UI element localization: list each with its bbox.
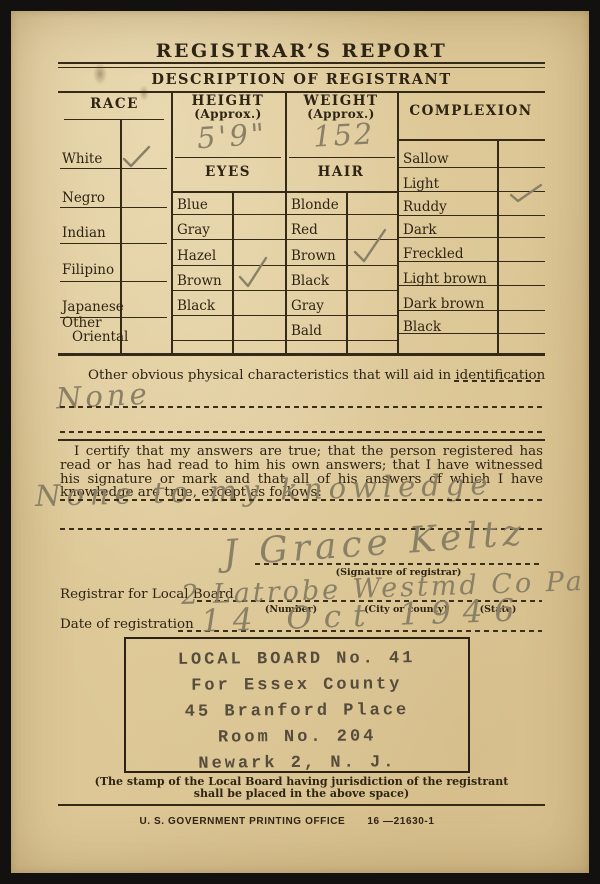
race-option-other-oriental: Other Oriental <box>62 317 134 344</box>
hair-brown-checkmark-icon <box>351 226 389 264</box>
footer: U. S. GOVERNMENT PRINTING OFFICE 16 —216… <box>31 811 543 829</box>
race-row-line <box>60 317 167 318</box>
eyes-header: EYES <box>171 164 285 180</box>
height-writing-line <box>175 157 281 158</box>
race-header-underline <box>64 119 164 120</box>
write-in-line <box>60 431 542 433</box>
eyes-brown-checkmark-icon <box>237 255 269 289</box>
height-header: HEIGHT (Approx.) <box>171 95 285 121</box>
race-white-checkmark-icon <box>121 144 153 170</box>
footer-form-number: 16 —21630-1 <box>367 816 434 827</box>
complexion-option-dark: Dark <box>403 222 437 238</box>
complexion-check-divider <box>497 139 499 354</box>
hair-option-black: Black <box>291 273 329 289</box>
complexion-option-ruddy: Ruddy <box>403 199 447 215</box>
complexion-row-line <box>397 261 545 262</box>
weight-writing-line <box>289 157 395 158</box>
stamp-line-room: Room No. 204 <box>126 724 468 752</box>
eyes-option-brown: Brown <box>177 273 222 289</box>
other-characteristics-trailing-dashes <box>454 380 542 382</box>
race-option-japanese: Japanese <box>62 299 124 315</box>
stamp-line-board: LOCAL BOARD No. 41 <box>126 646 468 674</box>
stamp-line-street: 45 Branford Place <box>126 698 468 726</box>
certification-top-rule <box>58 439 545 441</box>
complexion-option-sallow: Sallow <box>403 151 449 167</box>
complexion-header: COMPLEXION <box>397 103 545 119</box>
complexion-option-light: Light <box>403 176 439 192</box>
complexion-row-line <box>397 333 545 334</box>
eyes-hair-top-rule <box>171 191 398 193</box>
complexion-row-line <box>397 310 545 311</box>
title-double-rule <box>58 62 545 68</box>
local-board-stamp: LOCAL BOARD No. 41 For Essex County 45 B… <box>126 646 469 778</box>
write-in-line <box>60 406 542 408</box>
race-option-negro: Negro <box>62 190 105 206</box>
eyes-hair-row-line <box>171 214 398 215</box>
hair-option-red: Red <box>291 222 318 238</box>
hair-option-blonde: Blonde <box>291 197 339 213</box>
complexion-row-line <box>397 215 545 216</box>
height-value: 5'9" <box>196 117 268 156</box>
complexion-top-rule <box>397 139 545 141</box>
complexion-option-freckled: Freckled <box>403 246 464 262</box>
stamp-line-city: Newark 2, N. J. <box>126 750 468 778</box>
race-option-white: White <box>62 151 102 167</box>
registration-date-label: Date of registration <box>60 617 194 632</box>
weight-value: 152 <box>312 116 375 153</box>
complexion-row-line <box>397 237 545 238</box>
signature-line <box>255 563 542 565</box>
eyes-option-gray: Gray <box>177 222 210 238</box>
eyes-option-blue: Blue <box>177 197 208 213</box>
hair-header: HAIR <box>285 164 397 180</box>
section-title: DESCRIPTION OF REGISTRANT <box>58 71 545 88</box>
footer-rule <box>58 804 545 806</box>
race-row-line <box>60 281 167 282</box>
eyes-check-divider <box>232 191 234 354</box>
hair-option-brown: Brown <box>291 248 336 264</box>
race-header: RACE <box>58 96 171 112</box>
race-option-filipino: Filipino <box>62 262 114 278</box>
race-row-line <box>60 207 167 208</box>
hair-option-gray: Gray <box>291 298 324 314</box>
eyes-option-hazel: Hazel <box>177 248 216 264</box>
other-characteristics-value: None <box>55 377 151 416</box>
table-top-rule <box>58 91 545 93</box>
race-option-indian: Indian <box>62 225 106 241</box>
local-board-stamp-box: LOCAL BOARD No. 41 For Essex County 45 B… <box>124 637 470 773</box>
complexion-ruddy-checkmark-icon <box>507 181 545 205</box>
eyes-option-black: Black <box>177 298 215 314</box>
registrar-signature-value: J Grace Keltz <box>222 512 528 574</box>
footer-printer: U. S. GOVERNMENT PRINTING OFFICE <box>139 816 345 827</box>
hair-check-divider <box>346 191 348 354</box>
exception-line <box>60 499 542 501</box>
complexion-row-line <box>397 167 545 168</box>
complexion-row-line <box>397 285 545 286</box>
eyes-hair-row-line <box>171 340 398 341</box>
table-bottom-rule <box>58 353 545 356</box>
scanned-card-frame: REGISTRAR’S REPORT DESCRIPTION OF REGIST… <box>0 0 600 884</box>
registrar-report-card: REGISTRAR’S REPORT DESCRIPTION OF REGIST… <box>11 11 589 873</box>
hair-option-bald: Bald <box>291 323 322 339</box>
stamp-line-county: For Essex County <box>126 672 468 700</box>
eyes-hair-row-line <box>171 315 398 316</box>
race-row-line <box>60 243 167 244</box>
page-title: REGISTRAR’S REPORT <box>58 40 545 62</box>
eyes-hair-row-line <box>171 265 398 266</box>
eyes-hair-row-line <box>171 290 398 291</box>
stamp-caption-line2: shall be placed in the above space) <box>58 787 545 800</box>
